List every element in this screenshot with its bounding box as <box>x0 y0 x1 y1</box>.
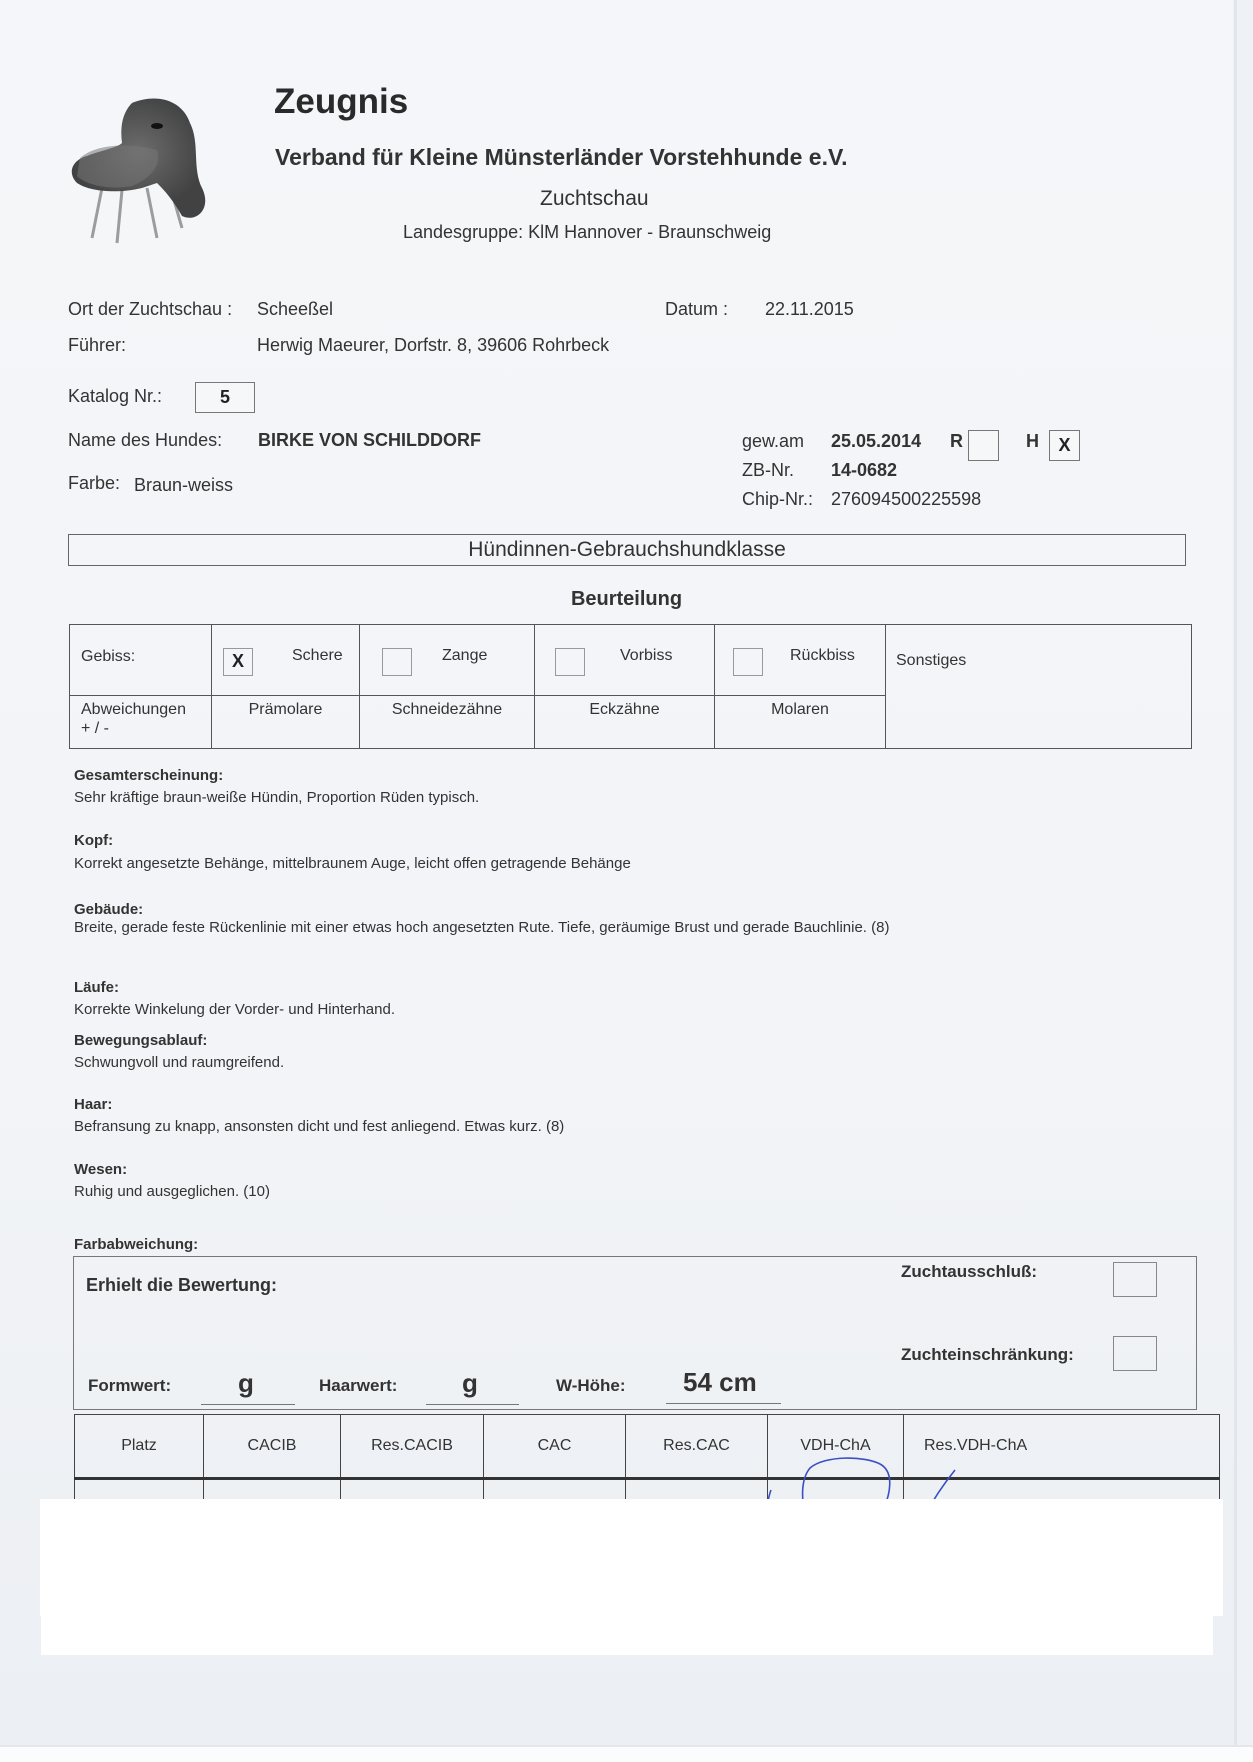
dog-name-value: BIRKE VON SCHILDDORF <box>258 430 481 451</box>
section-text: Befransung zu knapp, ansonsten dicht und… <box>74 1118 564 1135</box>
form-value-underline <box>201 1404 295 1405</box>
chip-label: Chip-Nr.: <box>742 489 813 510</box>
molaren-label: Molaren <box>715 701 885 719</box>
coat-value-label: Haarwert: <box>319 1376 397 1396</box>
exclusion-label: Zuchtausschluß: <box>901 1262 1037 1282</box>
color-label: Farbe: <box>68 473 120 494</box>
sex-r-label: R <box>950 431 963 452</box>
handler-value: Herwig Maeurer, Dorfstr. 8, 39606 Rohrbe… <box>257 335 609 356</box>
catalog-number-box: 5 <box>195 382 255 413</box>
form-value: g <box>238 1368 254 1399</box>
redacted-area <box>40 1499 1223 1616</box>
section-text: Sehr kräftige braun-weiße Hündin, Propor… <box>74 789 479 806</box>
sex-h-label: H <box>1026 431 1039 452</box>
gebiss-label: Gebiss: <box>81 648 135 666</box>
vorbiss-checkbox <box>555 648 585 676</box>
section-heading: Kopf: <box>74 832 113 849</box>
color-value: Braun-weiss <box>134 475 233 496</box>
redacted-area-lower <box>41 1615 1213 1655</box>
award-col-platz: Platz <box>75 1415 204 1479</box>
sex-h-checkbox: X <box>1049 430 1080 461</box>
event-type: Zuchtschau <box>540 187 649 211</box>
zange-checkbox <box>382 648 412 676</box>
schere-label: Schere <box>292 647 343 665</box>
sonstiges-label: Sonstiges <box>896 652 966 670</box>
eckzaehne-label: Eckzähne <box>535 701 714 719</box>
class-name-bar: Hündinnen-Gebrauchshundklasse <box>68 534 1186 566</box>
page-edge <box>1234 0 1237 1745</box>
section-heading: Wesen: <box>74 1161 127 1178</box>
section-heading: Farbabweichung: <box>74 1236 198 1253</box>
form-value-label: Formwert: <box>88 1376 171 1396</box>
height-value-underline <box>666 1403 781 1404</box>
coat-value-underline <box>426 1404 519 1405</box>
catalog-label: Katalog Nr.: <box>68 386 162 407</box>
deviations-label: Abweichungen <box>81 701 186 719</box>
zb-value: 14-0682 <box>831 460 897 481</box>
sex-r-checkbox <box>968 430 999 461</box>
section-text: Ruhig und ausgeglichen. (10) <box>74 1183 270 1200</box>
date-label: Datum : <box>665 299 728 320</box>
zange-label: Zange <box>442 647 487 665</box>
section-text: Korrekte Winkelung der Vorder- und Hinte… <box>74 1001 395 1018</box>
section-heading: Läufe: <box>74 979 119 996</box>
vorbiss-label: Vorbiss <box>620 647 672 665</box>
received-rating-label: Erhielt die Bewertung: <box>86 1275 277 1296</box>
handler-label: Führer: <box>68 335 126 356</box>
page-bottom-edge <box>0 1745 1253 1762</box>
born-value: 25.05.2014 <box>831 431 921 452</box>
restriction-checkbox <box>1113 1336 1157 1371</box>
height-value: 54 cm <box>683 1367 757 1398</box>
organization-name: Verband für Kleine Münsterländer Vorsteh… <box>275 144 848 171</box>
rueckbiss-checkbox <box>733 648 763 676</box>
born-label: gew.am <box>742 431 804 452</box>
dog-logo-icon <box>62 88 232 253</box>
schere-checkbox: X <box>223 648 253 676</box>
location-value: Scheeßel <box>257 299 333 320</box>
section-text: Breite, gerade feste Rückenlinie mit ein… <box>74 919 889 936</box>
section-text: Schwungvoll und raumgreifend. <box>74 1054 284 1071</box>
chip-value: 276094500225598 <box>831 489 981 510</box>
section-heading: Gesamterscheinung: <box>74 767 223 784</box>
award-col-res-cac: Res.CAC <box>626 1415 768 1479</box>
section-heading: Bewegungsablauf: <box>74 1032 207 1049</box>
section-heading: Gebäude: <box>74 901 143 918</box>
award-col-cacib: CACIB <box>204 1415 341 1479</box>
date-value: 22.11.2015 <box>765 299 854 320</box>
section-text: Korrekt angesetzte Behänge, mittelbraune… <box>74 855 631 872</box>
award-col-cac: CAC <box>484 1415 626 1479</box>
region-label: Landesgruppe: KlM Hannover - Braunschwei… <box>403 222 771 243</box>
award-col-res-cacib: Res.CACIB <box>341 1415 484 1479</box>
dog-name-label: Name des Hundes: <box>68 430 222 451</box>
zb-label: ZB-Nr. <box>742 460 794 481</box>
rueckbiss-label: Rückbiss <box>790 647 855 665</box>
restriction-label: Zuchteinschränkung: <box>901 1345 1074 1365</box>
document-title: Zeugnis <box>274 82 408 122</box>
exclusion-checkbox <box>1113 1262 1157 1297</box>
coat-value: g <box>462 1368 478 1399</box>
gebiss-table: Gebiss: X Schere Zange Vorbiss Rückbiss … <box>69 624 1192 749</box>
section-heading: Haar: <box>74 1096 112 1113</box>
assessment-title: Beurteilung <box>0 588 1253 611</box>
schneidezaehne-label: Schneidezähne <box>360 701 534 719</box>
height-label: W-Höhe: <box>556 1376 626 1396</box>
praemolare-label: Prämolare <box>212 701 359 719</box>
location-label: Ort der Zuchtschau : <box>68 299 232 320</box>
deviations-sign-label: + / - <box>81 720 109 738</box>
